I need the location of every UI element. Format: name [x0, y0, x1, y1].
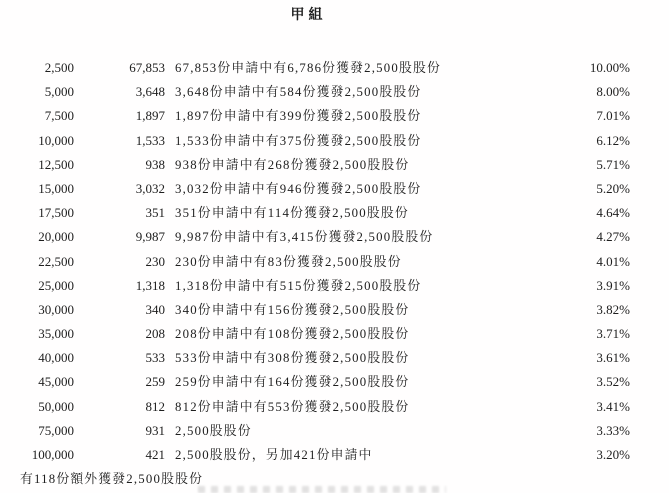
allotment-rate-cell: 3.71% — [540, 322, 630, 346]
allotment-rate-cell: 3.20% — [540, 443, 630, 467]
document-page: 甲組 2,500 67,853 67,853份申請中有6,786份獲發2,500… — [0, 0, 669, 493]
allotment-rate-cell: 5.71% — [540, 153, 630, 177]
table-row: 17,500 351 351份申請中有114份獲發2,500股股份 4.64% — [0, 201, 669, 225]
applications-count-cell: 1,533 — [84, 129, 165, 153]
applications-count-cell: 931 — [84, 419, 165, 443]
allotment-rate-cell: 4.01% — [540, 250, 630, 274]
shares-applied-cell: 17,500 — [0, 201, 74, 225]
allotment-basis-cell: 1,318份申請中有515份獲發2,500股股份 — [175, 274, 421, 298]
table-row: 30,000 340 340份申請中有156份獲發2,500股股份 3.82% — [0, 298, 669, 322]
applications-count-cell: 67,853 — [84, 56, 165, 80]
allotment-rate-cell: 7.01% — [540, 104, 630, 128]
shares-applied-cell: 75,000 — [0, 419, 74, 443]
allotment-basis-cell: 3,032份申請中有946份獲發2,500股股份 — [175, 177, 421, 201]
applications-count-cell: 938 — [84, 153, 165, 177]
shares-applied-cell: 50,000 — [0, 395, 74, 419]
applications-count-cell: 230 — [84, 250, 165, 274]
shares-applied-cell: 20,000 — [0, 225, 74, 249]
allotment-basis-cell: 208份申請中有108份獲發2,500股股份 — [175, 322, 409, 346]
applications-count-cell: 259 — [84, 370, 165, 394]
applications-count-cell: 3,648 — [84, 80, 165, 104]
allotment-rate-cell: 6.12% — [540, 129, 630, 153]
allotment-basis-cell: 259份申請中有164份獲發2,500股股份 — [175, 370, 409, 394]
allotment-rate-cell: 3.33% — [540, 419, 630, 443]
shares-applied-cell: 35,000 — [0, 322, 74, 346]
allotment-table: 2,500 67,853 67,853份申請中有6,786份獲發2,500股股份… — [0, 56, 669, 467]
table-row: 22,500 230 230份申請中有83份獲發2,500股股份 4.01% — [0, 250, 669, 274]
allotment-basis-cell: 938份申請中有268份獲發2,500股股份 — [175, 153, 409, 177]
table-row: 15,000 3,032 3,032份申請中有946份獲發2,500股股份 5.… — [0, 177, 669, 201]
allotment-rate-cell: 8.00% — [540, 80, 630, 104]
shares-applied-cell: 2,500 — [0, 56, 74, 80]
shares-applied-cell: 12,500 — [0, 153, 74, 177]
table-row: 20,000 9,987 9,987份申請中有3,415份獲發2,500股股份 … — [0, 225, 669, 249]
allotment-rate-cell: 3.82% — [540, 298, 630, 322]
allotment-rate-cell: 3.61% — [540, 346, 630, 370]
page-bottom-text-ghost — [198, 486, 446, 493]
table-row: 10,000 1,533 1,533份申請中有375份獲發2,500股股份 6.… — [0, 129, 669, 153]
applications-count-cell: 9,987 — [84, 225, 165, 249]
applications-count-cell: 533 — [84, 346, 165, 370]
shares-applied-cell: 22,500 — [0, 250, 74, 274]
allotment-rate-cell: 4.64% — [540, 201, 630, 225]
allotment-basis-cell: 533份申請中有308份獲發2,500股股份 — [175, 346, 409, 370]
applications-count-cell: 3,032 — [84, 177, 165, 201]
allotment-basis-cell: 3,648份申請中有584份獲發2,500股股份 — [175, 80, 421, 104]
allotment-basis-cell: 351份申請中有114份獲發2,500股股份 — [175, 201, 409, 225]
applications-count-cell: 1,897 — [84, 104, 165, 128]
allotment-basis-cell: 9,987份申請中有3,415份獲發2,500股股份 — [175, 225, 433, 249]
table-row: 100,000 421 2,500股股份，另加421份申請中 有118份額外獲發… — [0, 443, 669, 467]
shares-applied-cell: 45,000 — [0, 370, 74, 394]
shares-applied-cell: 100,000 — [0, 443, 74, 467]
allotment-basis-continuation: 有118份額外獲發2,500股股份 — [20, 467, 203, 491]
table-row: 5,000 3,648 3,648份申請中有584份獲發2,500股股份 8.0… — [0, 80, 669, 104]
table-row: 12,500 938 938份申請中有268份獲發2,500股股份 5.71% — [0, 153, 669, 177]
allotment-rate-cell: 3.91% — [540, 274, 630, 298]
shares-applied-cell: 15,000 — [0, 177, 74, 201]
allotment-rate-cell: 5.20% — [540, 177, 630, 201]
applications-count-cell: 340 — [84, 298, 165, 322]
allotment-rate-cell: 10.00% — [540, 56, 630, 80]
applications-count-cell: 208 — [84, 322, 165, 346]
shares-applied-cell: 40,000 — [0, 346, 74, 370]
shares-applied-cell: 5,000 — [0, 80, 74, 104]
allotment-basis-cell: 340份申請中有156份獲發2,500股股份 — [175, 298, 409, 322]
table-row: 7,500 1,897 1,897份申請中有399份獲發2,500股股份 7.0… — [0, 104, 669, 128]
applications-count-cell: 812 — [84, 395, 165, 419]
table-row: 35,000 208 208份申請中有108份獲發2,500股股份 3.71% — [0, 322, 669, 346]
allotment-rate-cell: 3.41% — [540, 395, 630, 419]
group-a-heading: 甲組 — [0, 8, 617, 24]
table-row: 45,000 259 259份申請中有164份獲發2,500股股份 3.52% — [0, 370, 669, 394]
table-row: 25,000 1,318 1,318份申請中有515份獲發2,500股股份 3.… — [0, 274, 669, 298]
table-row: 40,000 533 533份申請中有308份獲發2,500股股份 3.61% — [0, 346, 669, 370]
table-row: 75,000 931 2,500股股份 3.33% — [0, 419, 669, 443]
shares-applied-cell: 10,000 — [0, 129, 74, 153]
allotment-basis-cell: 1,897份申請中有399份獲發2,500股股份 — [175, 104, 421, 128]
allotment-basis-cell: 812份申請中有553份獲發2,500股股份 — [175, 395, 409, 419]
shares-applied-cell: 30,000 — [0, 298, 74, 322]
applications-count-cell: 351 — [84, 201, 165, 225]
allotment-basis-cell: 2,500股股份 — [175, 419, 252, 443]
allotment-rate-cell: 3.52% — [540, 370, 630, 394]
allotment-rate-cell: 4.27% — [540, 225, 630, 249]
allotment-basis-cell: 1,533份申請中有375份獲發2,500股股份 — [175, 129, 421, 153]
shares-applied-cell: 25,000 — [0, 274, 74, 298]
allotment-basis-cell: 2,500股股份，另加421份申請中 — [175, 443, 373, 467]
table-row: 2,500 67,853 67,853份申請中有6,786份獲發2,500股股份… — [0, 56, 669, 80]
applications-count-cell: 1,318 — [84, 274, 165, 298]
applications-count-cell: 421 — [84, 443, 165, 467]
shares-applied-cell: 7,500 — [0, 104, 74, 128]
allotment-basis-cell: 230份申請中有83份獲發2,500股股份 — [175, 250, 402, 274]
allotment-basis-cell: 67,853份申請中有6,786份獲發2,500股股份 — [175, 56, 441, 80]
table-row: 50,000 812 812份申請中有553份獲發2,500股股份 3.41% — [0, 395, 669, 419]
